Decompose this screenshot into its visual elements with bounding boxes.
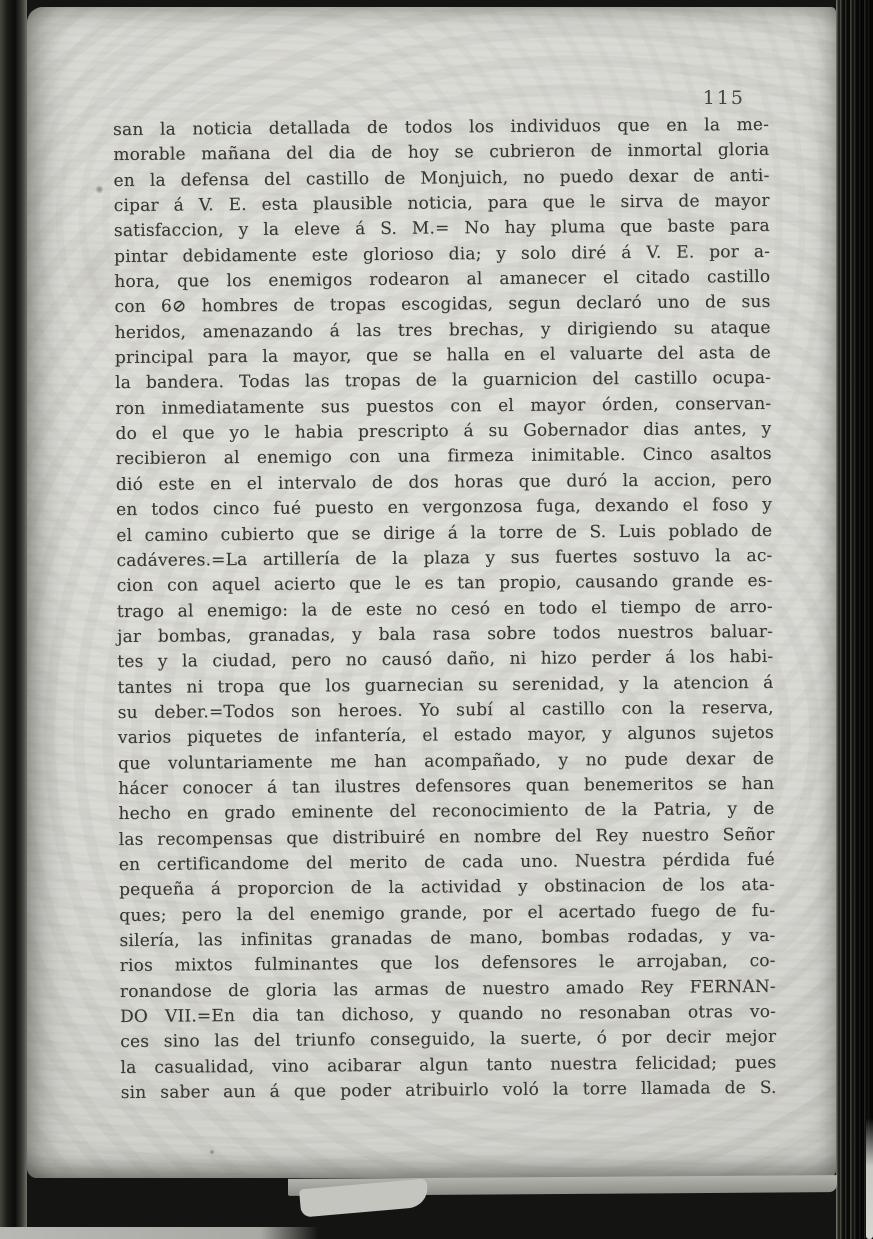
page-number: 115 <box>113 87 769 109</box>
ink-speck <box>95 185 104 194</box>
scanner-bed-strip <box>0 1227 318 1239</box>
page-text-block: san la noticia detallada de todos los in… <box>113 113 777 1107</box>
book-scan: 115 san la noticia detallada de todos lo… <box>0 0 873 1239</box>
stacked-page-edges <box>836 0 873 1239</box>
book-spine-edge <box>0 0 27 1239</box>
page-edge-highlight <box>866 1118 873 1239</box>
text-line: sin saber aun á que poder atribuirlo vol… <box>121 1076 777 1106</box>
ink-speck <box>209 1149 215 1155</box>
book-page: 115 san la noticia detallada de todos lo… <box>27 7 836 1178</box>
